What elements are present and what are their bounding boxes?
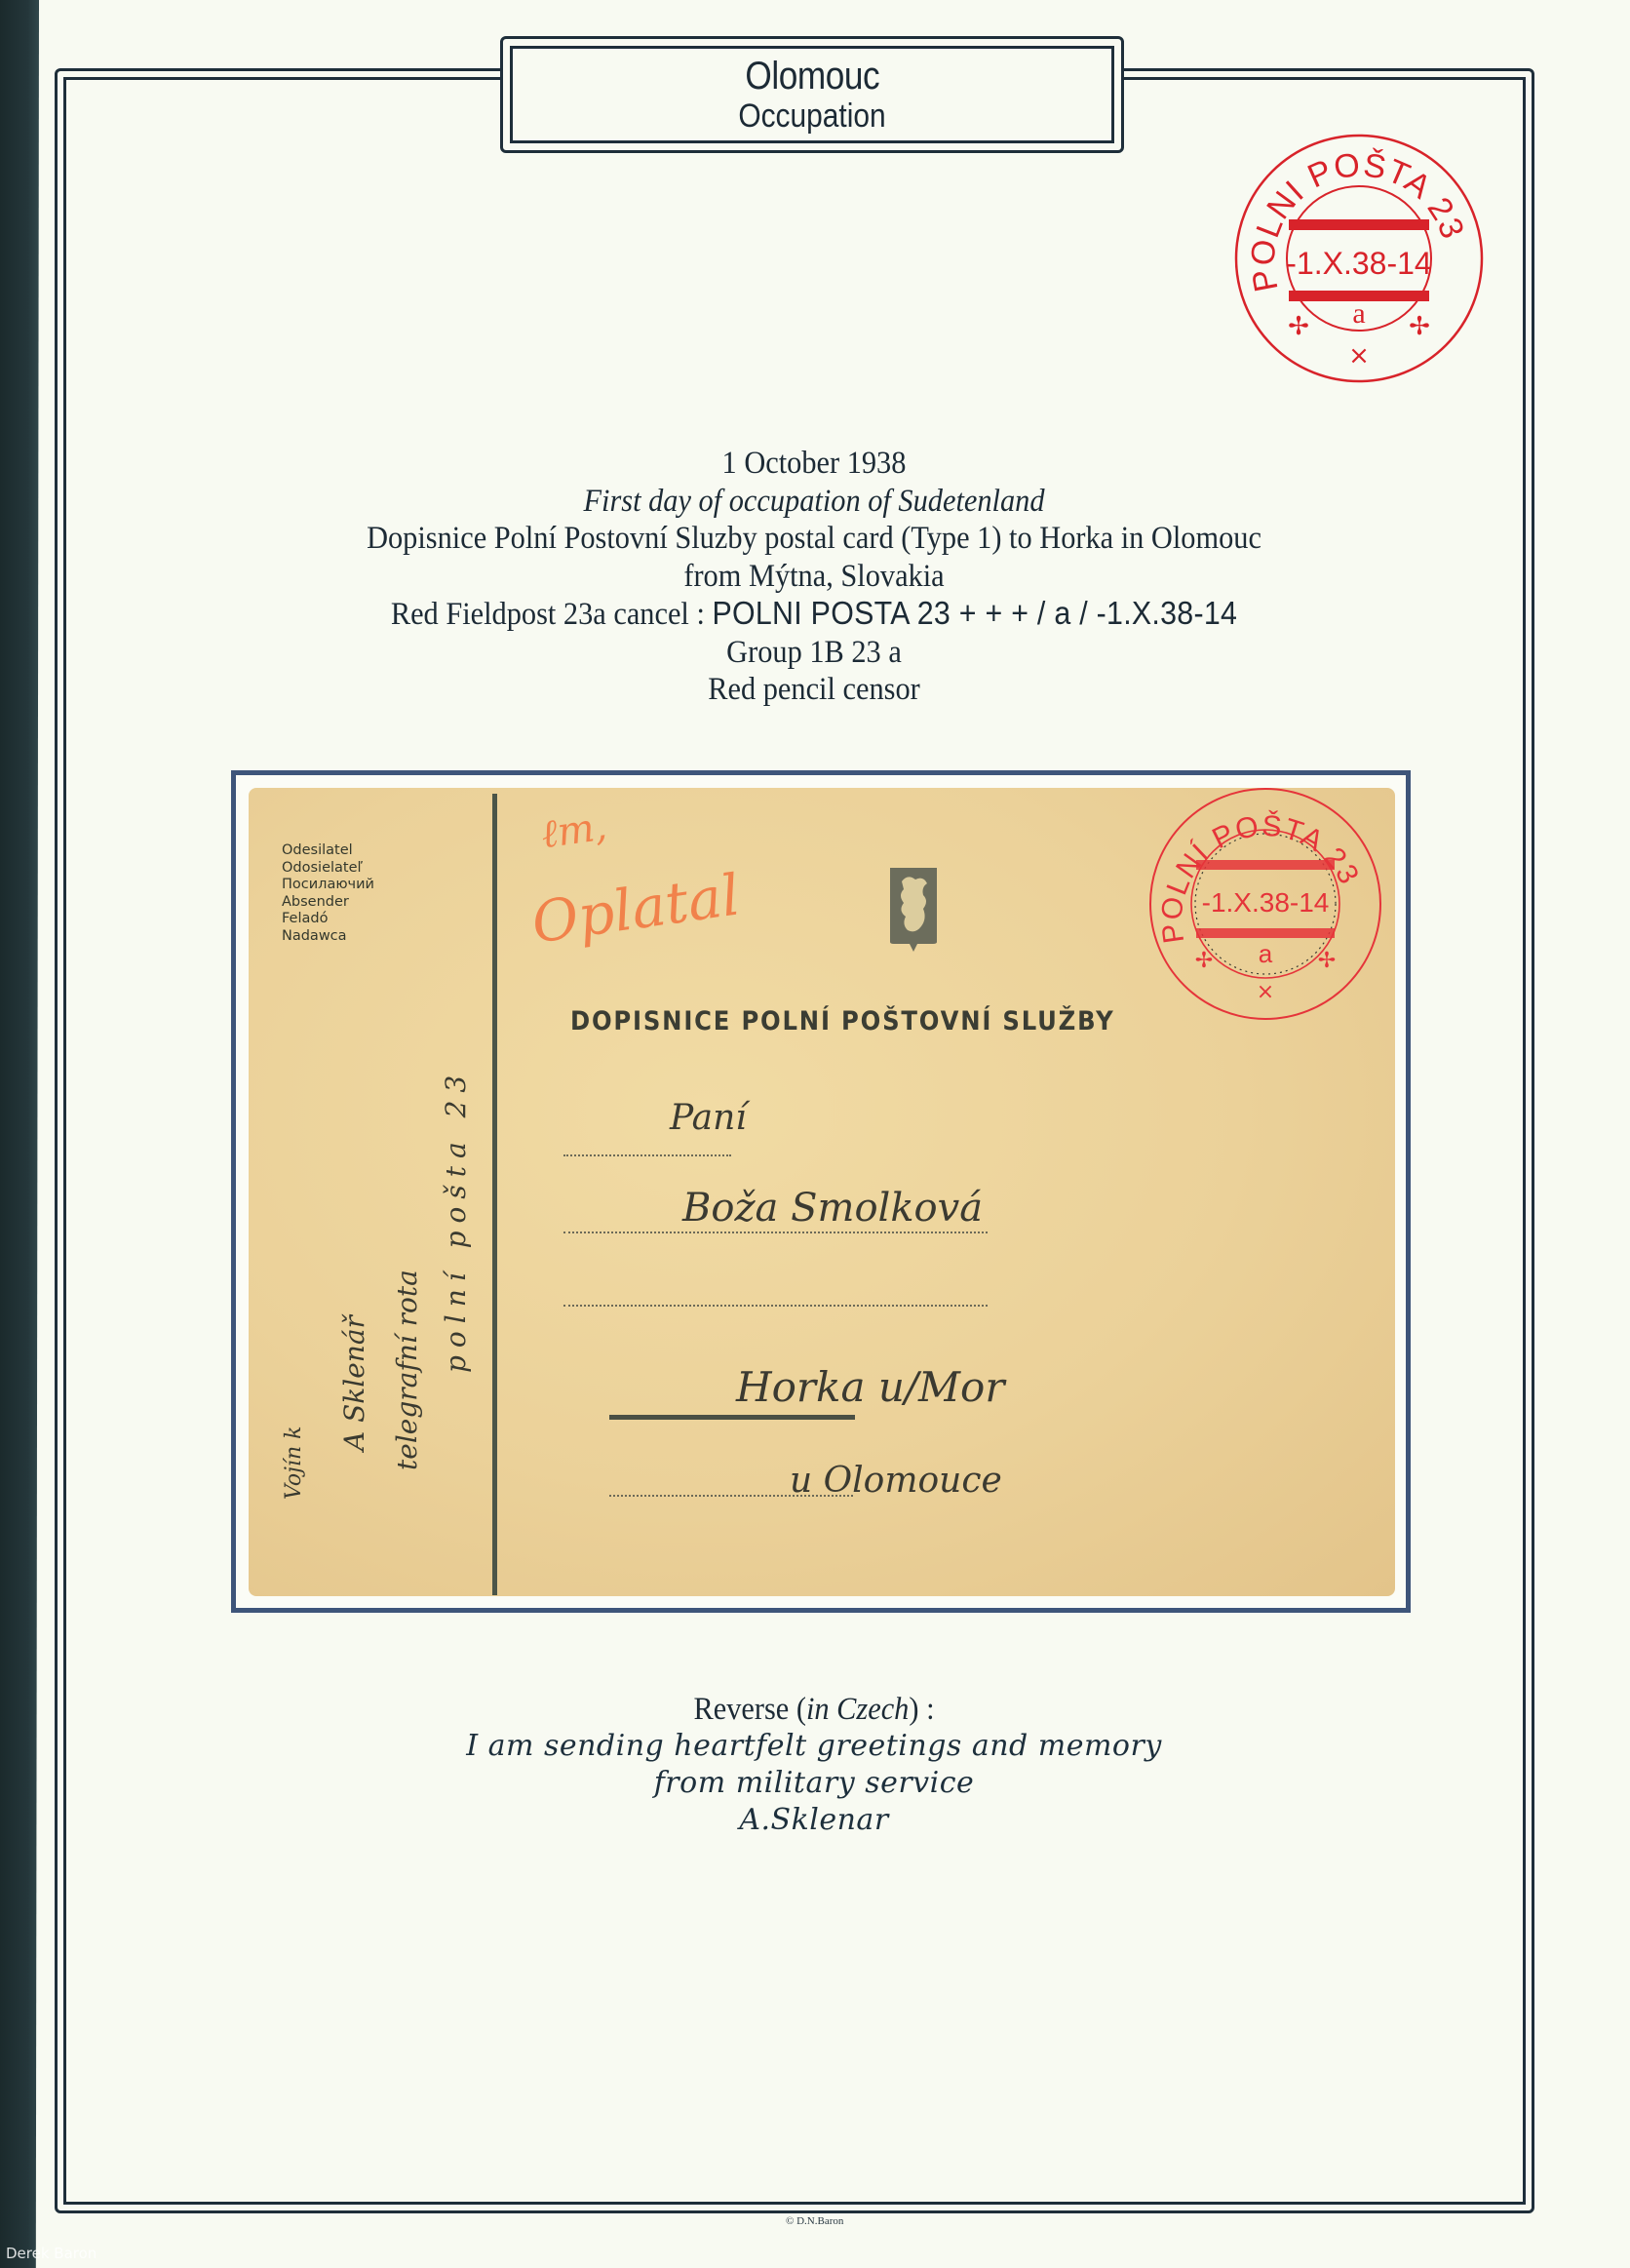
censor-scribble: ℓm,: [538, 803, 609, 858]
svg-text:a: a: [1259, 939, 1273, 968]
card-divider: [492, 794, 497, 1595]
postmark-date: -1.X.38-14: [1286, 246, 1431, 281]
censor-mark: Oplatal: [527, 861, 744, 956]
sender-handwriting-line: A Sklenář: [338, 1315, 370, 1451]
svg-text:-1.X.38-14: -1.X.38-14: [1202, 887, 1330, 918]
postmark-illustration: POLNI POŠTA 23 -1.X.38-14 a ✢ ✢ ×: [1230, 130, 1488, 387]
watermark: Derek Baron: [6, 2245, 97, 2262]
reverse-signature: A.Sklenar: [292, 1802, 1336, 1839]
address-line: [563, 1232, 988, 1233]
address-line: [563, 1305, 988, 1307]
address-town: Horka u/Mor: [736, 1363, 1004, 1411]
sender-labels: Odesilatel Odosielateľ Посилаючий Absend…: [282, 842, 374, 945]
caption-censor: Red pencil censor: [245, 671, 1383, 709]
reverse-heading: Reverse (in Czech) :: [334, 1691, 1294, 1728]
caption-group: Group 1B 23 a: [245, 634, 1383, 672]
postal-card: Odesilatel Odosielateľ Посилаючий Absend…: [249, 788, 1395, 1596]
card-printed-title: DOPISNICE POLNÍ POŠTOVNÍ SLUŽBY: [570, 1006, 1115, 1036]
scan-edge-strip: [0, 0, 39, 2268]
copyright: © D.N.Baron: [786, 2215, 843, 2227]
card-postmark: POLNÍ POŠTA 23 -1.X.38-14 a ✢ ✢ ×: [1144, 782, 1387, 1026]
page-title: Olomouc: [745, 55, 879, 98]
reverse-section: Reverse (in Czech) : I am sending heartf…: [292, 1691, 1336, 1839]
sender-handwriting-line: polní pošta 23: [440, 1068, 472, 1373]
address-line: [563, 1154, 731, 1156]
svg-text:✢: ✢: [1318, 949, 1336, 973]
coat-of-arms-icon: [888, 866, 939, 954]
caption-event: First day of occupation of Sudetenland: [245, 483, 1383, 521]
svg-text:✢: ✢: [1288, 312, 1309, 341]
postmark-index: a: [1352, 297, 1365, 330]
caption-cancel: Red Fieldpost 23a cancel : POLNI POSTA 2…: [245, 595, 1383, 634]
svg-text:×: ×: [1257, 980, 1274, 1004]
caption-date: 1 October 1938: [245, 445, 1383, 483]
svg-text:×: ×: [1348, 341, 1370, 371]
caption-cancel-label: Red Fieldpost 23a cancel :: [391, 597, 705, 632]
caption-origin: from Mýtna, Slovakia: [245, 558, 1383, 596]
address-name: Boža Smolková: [682, 1186, 983, 1231]
address-salutation: Paní: [670, 1098, 747, 1138]
sender-handwriting-line: telegrafní rota: [391, 1270, 423, 1470]
address-line: [609, 1495, 853, 1497]
title-box: Olomouc Occupation: [500, 36, 1124, 153]
svg-text:✢: ✢: [1409, 312, 1430, 341]
reverse-translation-line: from military service: [292, 1765, 1336, 1802]
caption-description: Dopisnice Polní Postovní Sluzby postal c…: [245, 520, 1383, 558]
caption-block: 1 October 1938 First day of occupation o…: [195, 445, 1433, 709]
reverse-translation-line: I am sending heartfelt greetings and mem…: [292, 1728, 1336, 1765]
sender-handwriting-line: Vojín k: [282, 1427, 306, 1500]
caption-cancel-text: POLNI POSTA 23 + + + / a / -1.X.38-14: [712, 595, 1237, 631]
svg-text:✢: ✢: [1195, 949, 1213, 973]
page-subtitle: Occupation: [738, 98, 885, 135]
address-town-underline: [609, 1415, 855, 1420]
